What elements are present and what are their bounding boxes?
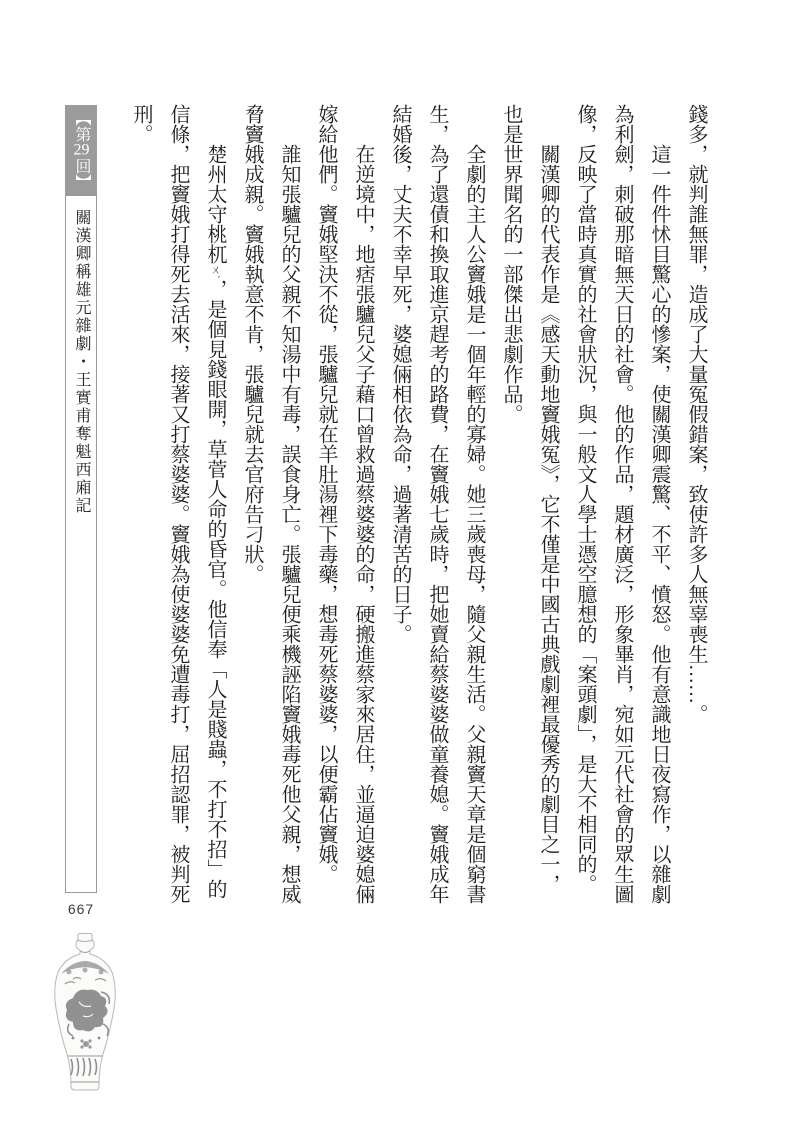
badge-number: 29: [73, 142, 90, 158]
paragraph: 誰知張驢兒的父親不知湯中有毒，誤食身亡。張驢兒便乘機誣陷竇娥毒死他父親，想威脅竇…: [233, 104, 307, 906]
chapter-title: 關漢卿稱雄元雜劇・王實甫奪魁西廂記: [73, 209, 90, 515]
vase-image: [49, 932, 121, 1094]
zhuyin-annotation: ㄨˋ: [209, 264, 221, 279]
chapter-sidebar: 【第29回】 關漢卿稱雄元雜劇・王實甫奪魁西廂記: [65, 105, 97, 893]
badge-bracket-text: 回】: [73, 158, 90, 190]
paragraph: 這一件件怵目驚心的慘案，使關漢卿震驚、不平、憤怒。他有意識地日夜寫作，以雜劇為利…: [566, 104, 677, 906]
paragraph: 楚州太守桃杌ㄨˋ，是個見錢眼開，草菅人命的昏官。他信奉「人是賤蟲，不打不招」的信…: [122, 104, 233, 906]
paragraph: 關漢卿的代表作是《感天動地竇娥冤》，它不僅是中國古典戲劇裡最優秀的劇目之一，也是…: [492, 104, 566, 906]
porcelain-vase-illustration: [49, 932, 121, 1094]
page-number: 667: [57, 901, 105, 917]
paragraph: 在逆境中，地痞張驢兒父子藉口曾救過蔡婆婆的命，硬搬進蔡家來居住，並逼迫婆媳倆嫁給…: [307, 104, 381, 906]
chapter-number-badge: 【第29回】: [65, 105, 97, 195]
badge-bracket-text: 【第: [73, 110, 90, 142]
body-text: 錢多，就判誰無罪，造成了大量冤假錯案，致使許多人無辜喪生……。 這一件件怵目驚心…: [116, 104, 714, 906]
paragraph: 全劇的主人公竇娥是一個年輕的寡婦。她三歲喪母，隨父親生活。父親竇天章是個窮書生，…: [381, 104, 492, 906]
paragraph: 錢多，就判誰無罪，造成了大量冤假錯案，致使許多人無辜喪生……。: [677, 104, 714, 906]
book-page: 錢多，就判誰無罪，造成了大量冤假錯案，致使許多人無辜喪生……。 這一件件怵目驚心…: [0, 0, 800, 1121]
chapter-title-box: 關漢卿稱雄元雜劇・王實甫奪魁西廂記: [65, 195, 97, 893]
paragraph-text: 楚州太守桃杌: [204, 144, 226, 264]
